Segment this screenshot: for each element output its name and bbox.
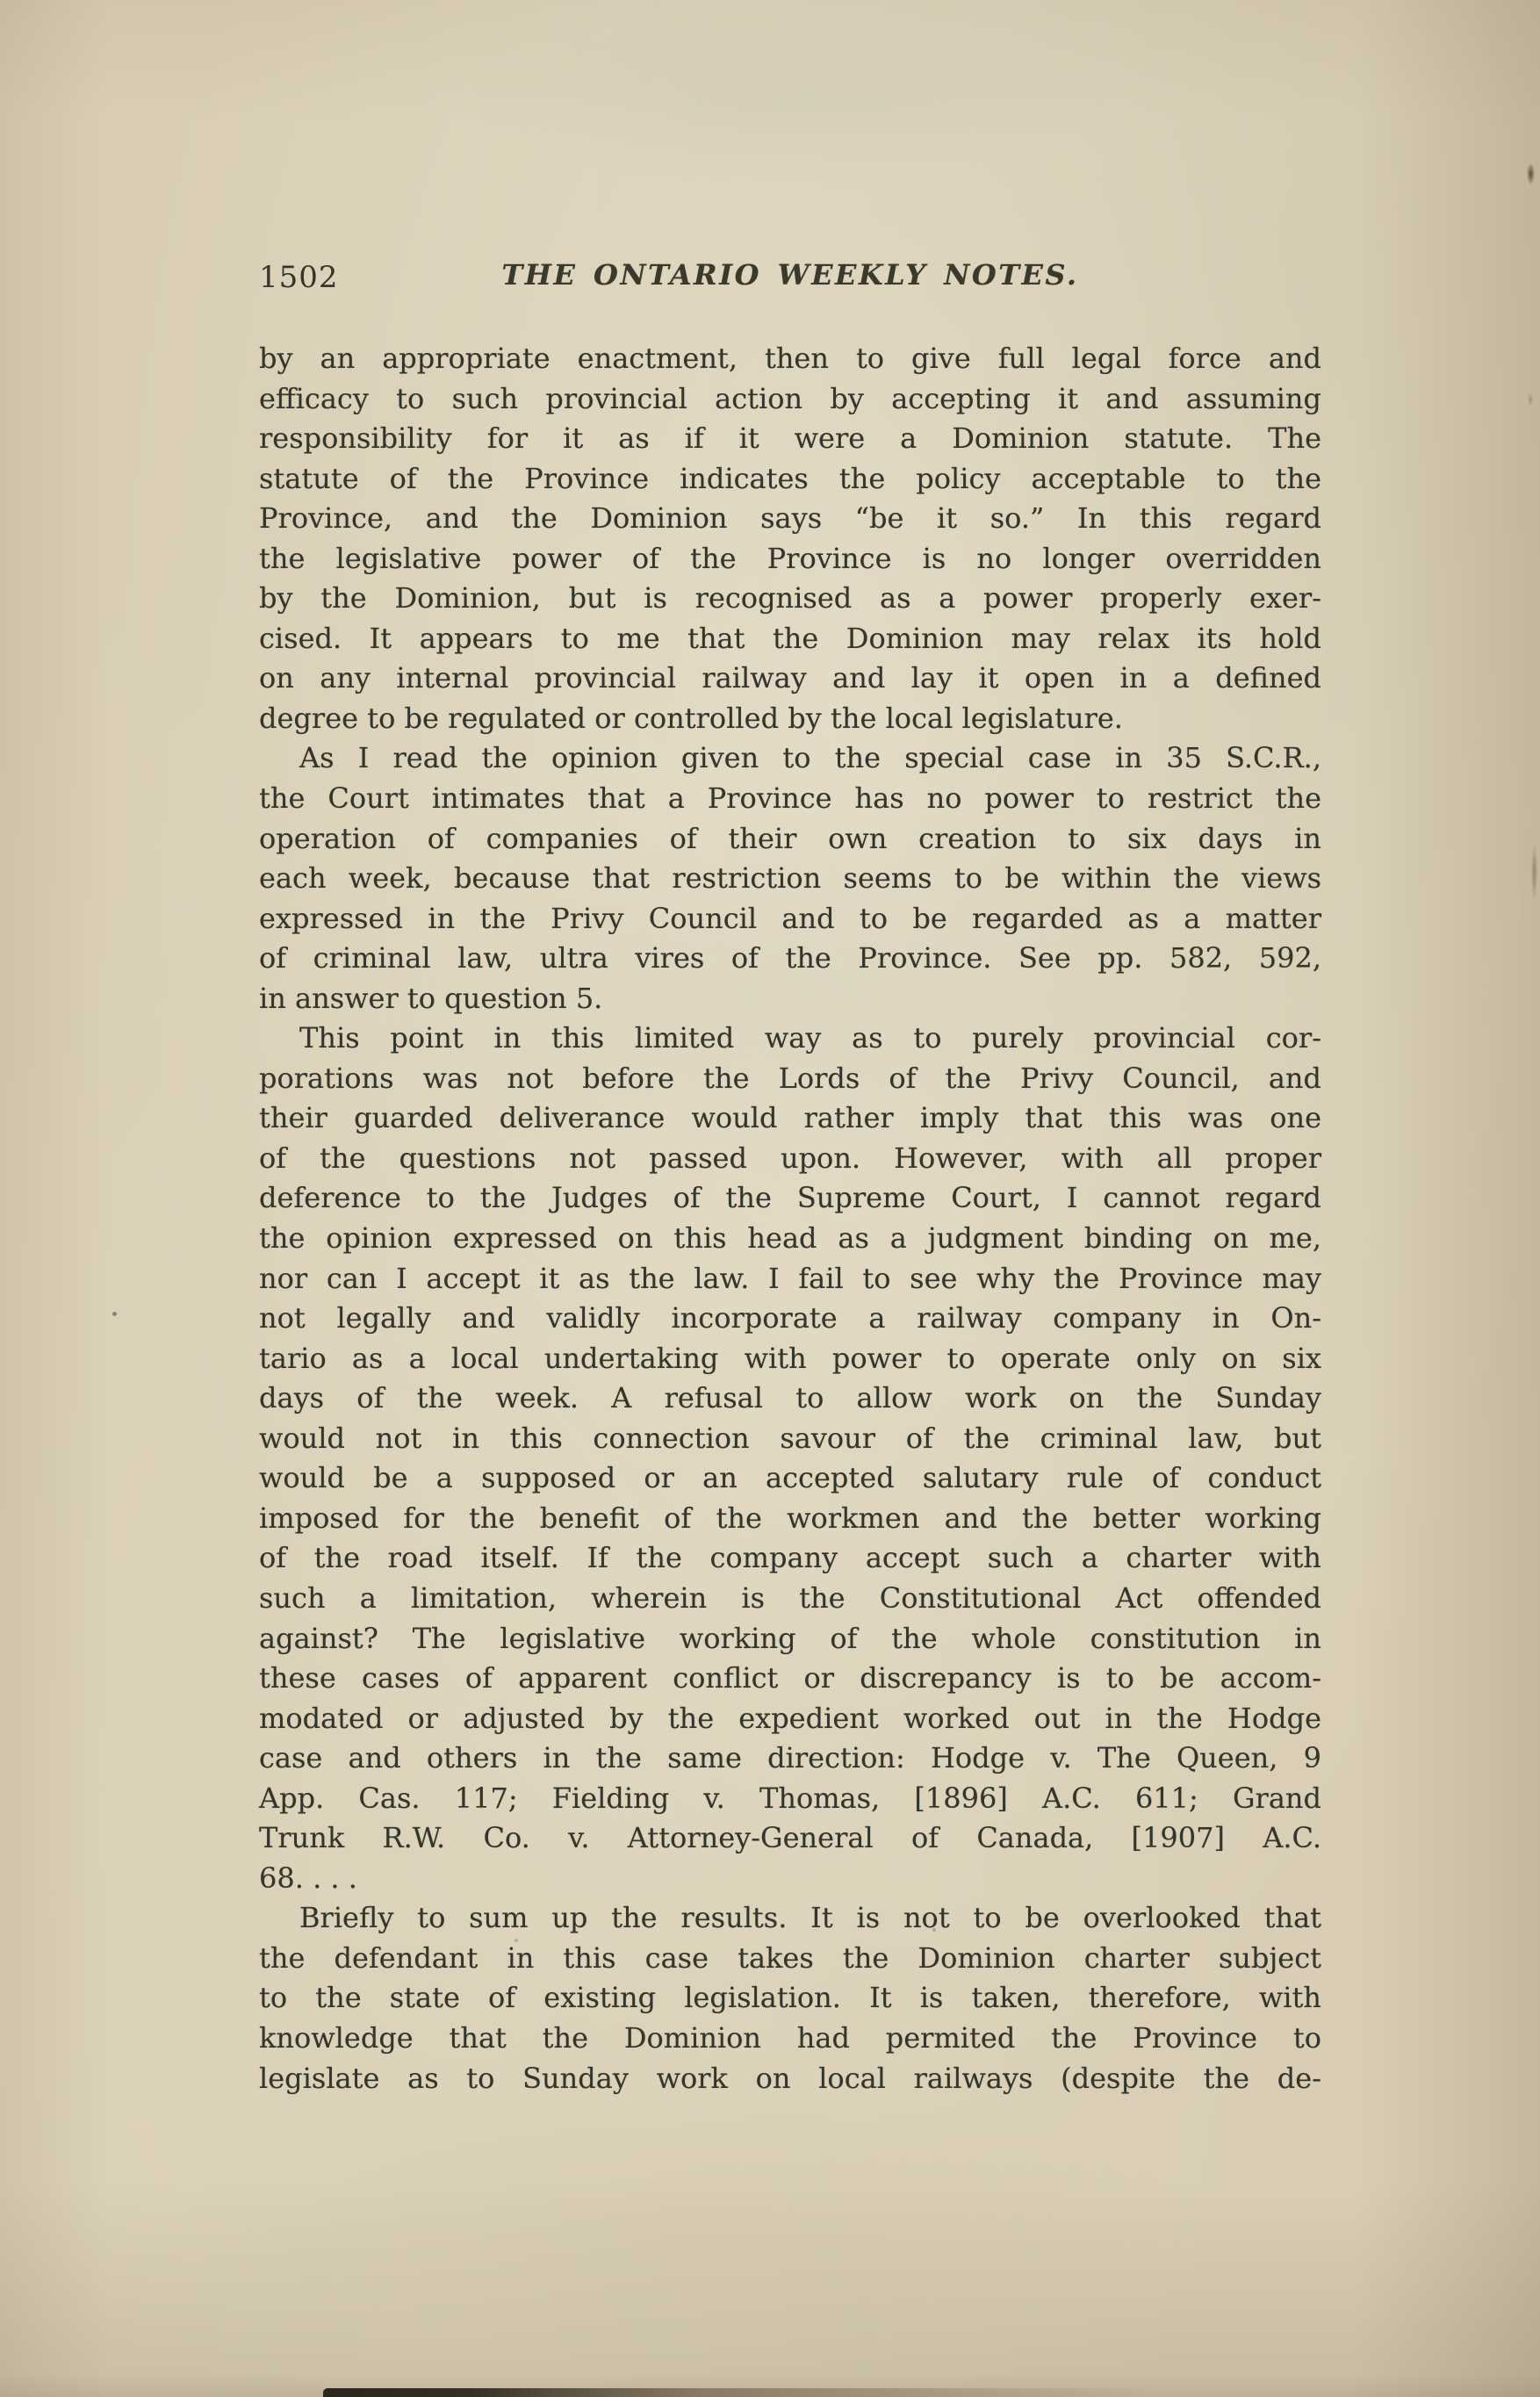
text-line: the defendant in this case takes the Dom…	[259, 1939, 1321, 1979]
text-line: of the questions not passed upon. Howeve…	[259, 1139, 1321, 1179]
text-line: against? The legislative working of the …	[259, 1619, 1321, 1659]
text-line: the Court intimates that a Province has …	[259, 779, 1321, 819]
text-line: cised. It appears to me that the Dominio…	[259, 619, 1321, 659]
text-line: knowledge that the Dominion had permited…	[259, 2019, 1321, 2059]
text-line: each week, because that restriction seem…	[259, 859, 1321, 899]
text-line: App. Cas. 117; Fielding v. Thomas, [1896…	[259, 1779, 1321, 1819]
text-line: such a limitation, wherein is the Consti…	[259, 1579, 1321, 1619]
text-line: imposed for the benefit of the workmen a…	[259, 1499, 1321, 1539]
text-line: expressed in the Privy Council and to be…	[259, 899, 1321, 939]
scan-artifact	[1531, 845, 1537, 899]
text-line: their guarded deliverance would rather i…	[259, 1098, 1321, 1139]
text-line: statute of the Province indicates the po…	[259, 459, 1321, 500]
scan-artifact	[1528, 393, 1533, 406]
text-line: Trunk R.W. Co. v. Attorney-General of Ca…	[259, 1818, 1321, 1859]
text-line: by the Dominion, but is recognised as a …	[259, 579, 1321, 619]
text-line: legislate as to Sunday work on local rai…	[259, 2059, 1321, 2099]
text-line: This point in this limited way as to pur…	[259, 1019, 1321, 1059]
text-line: nor can I accept it as the law. I fail t…	[259, 1259, 1321, 1299]
text-line: to the state of existing legislation. It…	[259, 1978, 1321, 2019]
text-line: Province, and the Dominion says “be it s…	[259, 499, 1321, 539]
text-block: by an appropriate enactment, then to giv…	[259, 339, 1321, 2098]
text-line: degree to be regulated or controlled by …	[259, 699, 1321, 739]
text-line: deference to the Judges of the Supreme C…	[259, 1178, 1321, 1219]
paper-speck	[112, 1312, 117, 1316]
paragraph: As I read the opinion given to the speci…	[259, 738, 1321, 1019]
text-line: tario as a local undertaking with power …	[259, 1339, 1321, 1379]
text-line: operation of companies of their own crea…	[259, 819, 1321, 860]
text-line: Briefly to sum up the results. It is not…	[259, 1898, 1321, 1939]
paragraph: Briefly to sum up the results. It is not…	[259, 1898, 1321, 2098]
text-line: of the road itself. If the company accep…	[259, 1538, 1321, 1579]
paper-stain	[457, 18, 1124, 184]
text-line: not legally and validly incorporate a ra…	[259, 1299, 1321, 1339]
text-line: responsibility for it as if it were a Do…	[259, 419, 1321, 459]
paragraph: This point in this limited way as to pur…	[259, 1019, 1321, 1898]
book-page: 1502 THE ONTARIO WEEKLY NOTES. by an app…	[0, 0, 1540, 2397]
text-line: would not in this connection savour of t…	[259, 1419, 1321, 1459]
text-line: would be a supposed or an accepted salut…	[259, 1458, 1321, 1499]
text-line: by an appropriate enactment, then to giv…	[259, 339, 1321, 379]
text-line: the opinion expressed on this head as a …	[259, 1219, 1321, 1259]
text-line: of criminal law, ultra vires of the Prov…	[259, 939, 1321, 979]
text-line: efficacy to such provincial action by ac…	[259, 379, 1321, 420]
text-line: case and others in the same direction: H…	[259, 1738, 1321, 1779]
text-line: As I read the opinion given to the speci…	[259, 738, 1321, 779]
text-line: on any internal provincial railway and l…	[259, 659, 1321, 699]
text-line: 68. . . .	[259, 1859, 1321, 1899]
bottom-edge-band	[323, 2388, 1153, 2397]
text-line: modated or adjusted by the expedient wor…	[259, 1699, 1321, 1739]
paragraph: by an appropriate enactment, then to giv…	[259, 339, 1321, 738]
text-line: days of the week. A refusal to allow wor…	[259, 1378, 1321, 1419]
text-line: porations was not before the Lords of th…	[259, 1059, 1321, 1099]
text-line: in answer to question 5.	[259, 979, 1321, 1019]
scan-artifact	[1527, 163, 1535, 184]
paper-speck	[515, 1939, 518, 1942]
page-number: 1502	[259, 260, 339, 295]
page-header: 1502 THE ONTARIO WEEKLY NOTES.	[259, 258, 1321, 295]
text-line: the legislative power of the Province is…	[259, 539, 1321, 579]
paper-stain	[158, 2090, 1212, 2353]
running-title: THE ONTARIO WEEKLY NOTES.	[259, 258, 1321, 292]
paper-speck	[932, 1928, 936, 1932]
text-line: these cases of apparent conflict or disc…	[259, 1659, 1321, 1699]
